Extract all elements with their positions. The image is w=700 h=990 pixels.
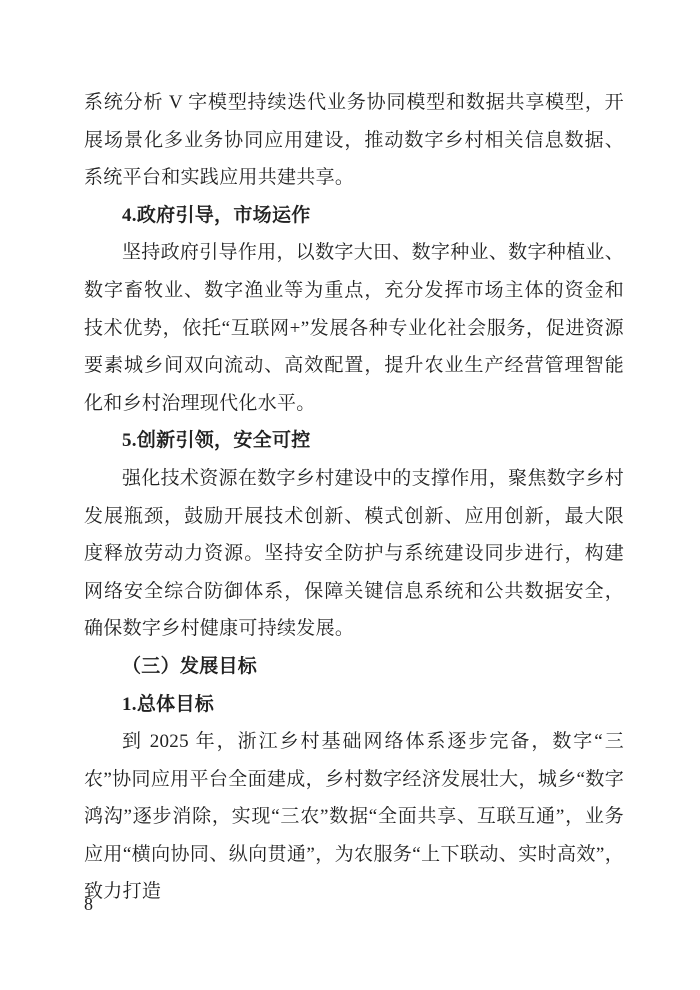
- document-body: 系统分析 V 字模型持续迭代业务协同模型和数据共享模型，开展场景化多业务协同应用…: [84, 84, 624, 911]
- paragraph: 到 2025 年，浙江乡村基础网络体系逐步完备，数字“三农”协同应用平台全面建成…: [84, 723, 624, 911]
- section-heading: 1.总体目标: [84, 686, 624, 724]
- paragraph: 强化技术资源在数字乡村建设中的支撑作用，聚焦数字乡村发展瓶颈，鼓励开展技术创新、…: [84, 460, 624, 648]
- document-page: 系统分析 V 字模型持续迭代业务协同模型和数据共享模型，开展场景化多业务协同应用…: [0, 0, 700, 990]
- section-heading: 5.创新引领，安全可控: [84, 422, 624, 460]
- section-heading: （三）发展目标: [84, 648, 624, 686]
- page-number: 8: [84, 893, 93, 915]
- paragraph: 坚持政府引导作用，以数字大田、数字种业、数字种植业、数字畜牧业、数字渔业等为重点…: [84, 234, 624, 422]
- paragraph: 系统分析 V 字模型持续迭代业务协同模型和数据共享模型，开展场景化多业务协同应用…: [84, 84, 624, 197]
- section-heading: 4.政府引导，市场运作: [84, 197, 624, 235]
